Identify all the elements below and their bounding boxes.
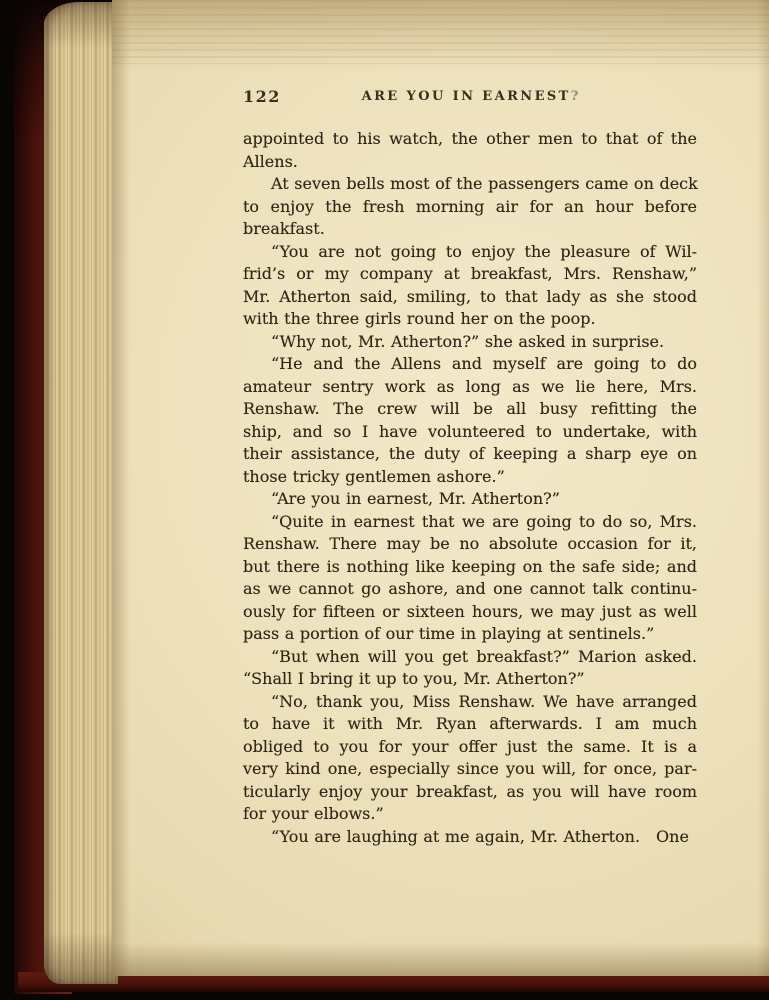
text-line: “You are not going to enjoy the pleasure… — [243, 241, 697, 264]
page-bottom-shadow — [112, 942, 769, 976]
running-title-question-mark: ? — [571, 89, 579, 104]
book-page: 122 ARE YOU IN EARNEST? appointed to his… — [112, 0, 769, 976]
text-line: appointed to his watch, the other men to… — [243, 128, 697, 151]
text-line: “Quite in earnest that we are going to d… — [243, 511, 697, 534]
text-line: their assistance, the duty of keeping a … — [243, 443, 697, 466]
text-line: frid’s or my company at breakfast, Mrs. … — [243, 263, 697, 286]
text-line: for your elbows.” — [243, 803, 697, 826]
text-line: “No, thank you, Miss Renshaw. We have ar… — [243, 691, 697, 714]
text-line: obliged to you for your offer just the s… — [243, 736, 697, 759]
text-line: “You are laughing at me again, Mr. Ather… — [243, 826, 697, 849]
text-line: ship, and so I have volunteered to under… — [243, 421, 697, 444]
text-line: amateur sentry work as long as we lie he… — [243, 376, 697, 399]
text-line: “Shall I bring it up to you, Mr. Atherto… — [243, 668, 697, 691]
page-header: 122 ARE YOU IN EARNEST? — [243, 87, 697, 107]
text-line: “He and the Allens and myself are going … — [243, 353, 697, 376]
text-line: Renshaw. There may be no absolute occasi… — [243, 533, 697, 556]
text-line: to enjoy the fresh morning air for an ho… — [243, 196, 697, 219]
text-line: but there is nothing like keeping on the… — [243, 556, 697, 579]
text-line: Mr. Atherton said, smiling, to that lady… — [243, 286, 697, 309]
text-line: “Are you in earnest, Mr. Atherton?” — [243, 488, 697, 511]
text-line: ously for fifteen or sixteen hours, we m… — [243, 601, 697, 624]
text-line: with the three girls round her on the po… — [243, 308, 697, 331]
page-edges-stack — [44, 2, 118, 984]
text-line: as we cannot go ashore, and one cannot t… — [243, 578, 697, 601]
text-line: Allens. — [243, 151, 697, 174]
text-line: pass a portion of our time in playing at… — [243, 623, 697, 646]
text-line: Renshaw. The crew will be all busy refit… — [243, 398, 697, 421]
text-line: At seven bells most of the passengers ca… — [243, 173, 697, 196]
text-line: “Why not, Mr. Atherton?” she asked in su… — [243, 331, 697, 354]
scan-background: { "page": { "header": { "page_number": "… — [0, 0, 769, 1000]
text-line: breakfast. — [243, 218, 697, 241]
page-text: appointed to his watch, the other men to… — [243, 128, 697, 848]
text-line: those tricky gentlemen ashore.” — [243, 466, 697, 489]
page-left-shadow — [112, 0, 130, 976]
book-photo: 122 ARE YOU IN EARNEST? appointed to his… — [0, 0, 769, 1000]
running-title: ARE YOU IN EARNEST? — [243, 89, 697, 104]
text-line: very kind one, especially since you will… — [243, 758, 697, 781]
running-title-text: ARE YOU IN EARNEST — [362, 89, 571, 104]
text-line: ticularly enjoy your breakfast, as you w… — [243, 781, 697, 804]
text-line: “But when will you get breakfast?” Mario… — [243, 646, 697, 669]
page-right-shadow — [757, 0, 769, 976]
text-line: to have it with Mr. Ryan afterwards. I a… — [243, 713, 697, 736]
